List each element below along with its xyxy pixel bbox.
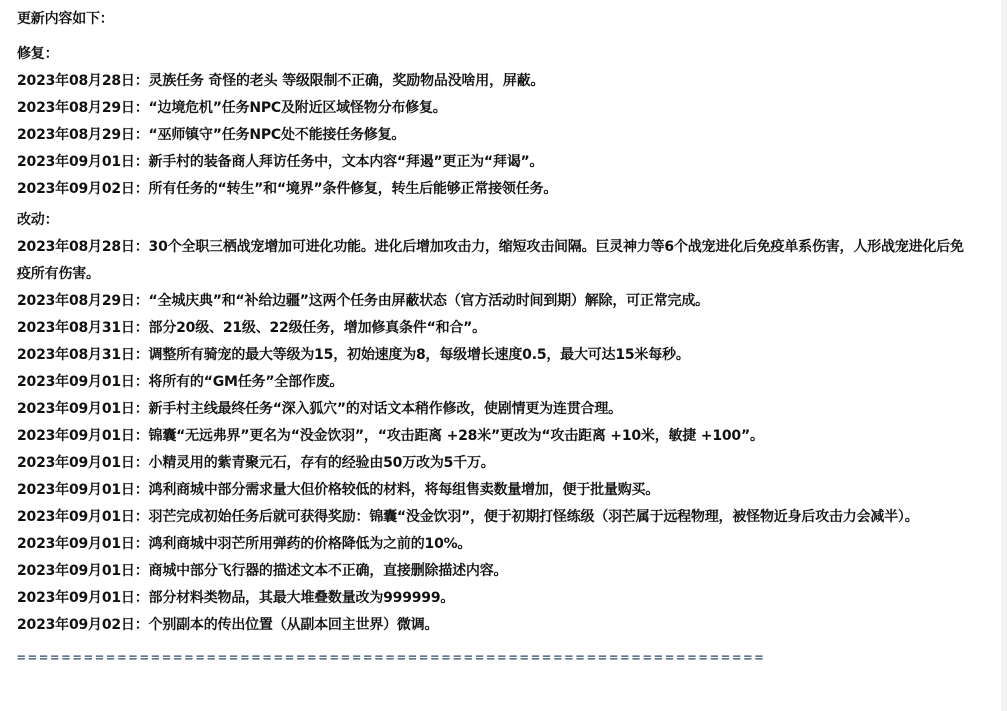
changes-section-title: 改动：: [17, 207, 975, 234]
change-entry: 2023年09月01日：锦囊“无远弗界”更名为“没金饮羽”，“攻击距离 +28米…: [17, 423, 975, 450]
entry-text: 小精灵用的紫青聚元石，存有的经验由50万改为5千万。: [149, 455, 495, 471]
entry-date: 2023年09月01日：: [17, 401, 149, 417]
entry-text: “边境危机”任务NPC及附近区域怪物分布修复。: [149, 100, 447, 116]
entry-text: 部分20级、21级、22级任务，增加修真条件“和合”。: [149, 320, 486, 336]
entry-date: 2023年08月29日：: [17, 293, 149, 309]
change-entry: 2023年09月01日：小精灵用的紫青聚元石，存有的经验由50万改为5千万。: [17, 450, 975, 477]
entry-date: 2023年08月29日：: [17, 127, 149, 143]
entry-date: 2023年08月28日：: [17, 239, 149, 255]
section-divider: ========================================…: [17, 645, 1000, 672]
fix-entry: 2023年09月01日：新手村的装备商人拜访任务中，文本内容“拜遏”更正为“拜谒…: [17, 149, 975, 176]
entry-date: 2023年09月01日：: [17, 563, 149, 579]
entry-date: 2023年09月01日：: [17, 374, 149, 390]
document-body: 更新内容如下： 修复： 2023年08月28日：灵族任务 奇怪的老头 等级限制不…: [0, 0, 1000, 711]
entry-date: 2023年08月29日：: [17, 100, 149, 116]
change-entry: 2023年09月01日：部分材料类物品，其最大堆叠数量改为999999。: [17, 585, 975, 612]
entry-date: 2023年09月01日：: [17, 509, 149, 525]
fix-entry: 2023年08月29日：“巫师镇守”任务NPC处不能接任务修复。: [17, 122, 975, 149]
entry-text: 锦囊“无远弗界”更名为“没金饮羽”，“攻击距离 +28米”更改为“攻击距离 +1…: [149, 428, 764, 444]
change-entry: 2023年09月01日：鸿利商城中羽芒所用弹药的价格降低为之前的10%。: [17, 531, 975, 558]
entry-text: 羽芒完成初始任务后就可获得奖励：锦囊“没金饮羽”，便于初期打怪练级（羽芒属于远程…: [149, 509, 919, 525]
entry-text: 将所有的“GM任务”全部作废。: [149, 374, 344, 390]
fix-entry: 2023年09月02日：所有任务的“转生”和“境界”条件修复，转生后能够正常接领…: [17, 176, 975, 203]
fix-entry: 2023年08月28日：灵族任务 奇怪的老头 等级限制不正确，奖励物品没啥用，屏…: [17, 68, 975, 95]
fixes-section-title: 修复：: [17, 41, 975, 68]
entry-text: 新手村的装备商人拜访任务中，文本内容“拜遏”更正为“拜谒”。: [149, 154, 544, 170]
change-entry: 2023年08月31日：调整所有骑宠的最大等级为15，初始速度为8，每级增长速度…: [17, 342, 975, 369]
entry-text: 商城中部分飞行器的描述文本不正确，直接删除描述内容。: [149, 563, 508, 579]
entry-date: 2023年09月01日：: [17, 154, 149, 170]
change-entry: 2023年09月01日：鸿利商城中部分需求量大但价格较低的材料，将每组售卖数量增…: [17, 477, 975, 504]
change-entry: 2023年09月01日：将所有的“GM任务”全部作废。: [17, 369, 975, 396]
entry-text: 部分材料类物品，其最大堆叠数量改为999999。: [149, 590, 455, 606]
change-entry: 2023年09月01日：新手村主线最终任务“深入狐穴”的对话文本稍作修改，使剧情…: [17, 396, 975, 423]
entry-date: 2023年09月02日：: [17, 181, 149, 197]
entry-text: 个别副本的传出位置（从副本回主世界）微调。: [149, 617, 439, 633]
entry-date: 2023年09月01日：: [17, 590, 149, 606]
change-entry: 2023年09月02日：个别副本的传出位置（从副本回主世界）微调。: [17, 612, 975, 639]
entry-text: 灵族任务 奇怪的老头 等级限制不正确，奖励物品没啥用，屏蔽。: [149, 73, 545, 89]
entry-date: 2023年09月01日：: [17, 455, 149, 471]
change-entry: 2023年08月31日：部分20级、21级、22级任务，增加修真条件“和合”。: [17, 315, 975, 342]
document-heading: 更新内容如下：: [17, 6, 975, 33]
entry-text: 新手村主线最终任务“深入狐穴”的对话文本稍作修改，使剧情更为连贯合理。: [149, 401, 622, 417]
entry-text: 所有任务的“转生”和“境界”条件修复，转生后能够正常接领任务。: [149, 181, 558, 197]
entry-date: 2023年08月28日：: [17, 73, 149, 89]
change-entry: 2023年08月29日：“全城庆典”和“补给边疆”这两个任务由屏蔽状态（官方活动…: [17, 288, 975, 315]
entry-text: “巫师镇守”任务NPC处不能接任务修复。: [149, 127, 406, 143]
fix-entry: 2023年08月29日：“边境危机”任务NPC及附近区域怪物分布修复。: [17, 95, 975, 122]
entry-date: 2023年09月01日：: [17, 536, 149, 552]
entry-text: 鸿利商城中部分需求量大但价格较低的材料，将每组售卖数量增加，便于批量购买。: [149, 482, 660, 498]
entry-text: 30个全职三栖战宠增加可进化功能。进化后增加攻击力，缩短攻击间隔。巨灵神力等6个…: [17, 239, 964, 282]
entry-date: 2023年08月31日：: [17, 320, 149, 336]
change-entry: 2023年08月28日：30个全职三栖战宠增加可进化功能。进化后增加攻击力，缩短…: [17, 234, 975, 288]
entry-date: 2023年09月02日：: [17, 617, 149, 633]
entry-date: 2023年09月01日：: [17, 482, 149, 498]
vertical-scrollbar[interactable]: [1001, 0, 1007, 711]
entry-text: 调整所有骑宠的最大等级为15，初始速度为8，每级增长速度0.5，最大可达15米每…: [149, 347, 690, 363]
entry-date: 2023年08月31日：: [17, 347, 149, 363]
entry-date: 2023年09月01日：: [17, 428, 149, 444]
entry-text: 鸿利商城中羽芒所用弹药的价格降低为之前的10%。: [149, 536, 472, 552]
change-entry: 2023年09月01日：羽芒完成初始任务后就可获得奖励：锦囊“没金饮羽”，便于初…: [17, 504, 975, 531]
change-entry: 2023年09月01日：商城中部分飞行器的描述文本不正确，直接删除描述内容。: [17, 558, 975, 585]
entry-text: “全城庆典”和“补给边疆”这两个任务由屏蔽状态（官方活动时间到期）解除，可正常完…: [149, 293, 709, 309]
